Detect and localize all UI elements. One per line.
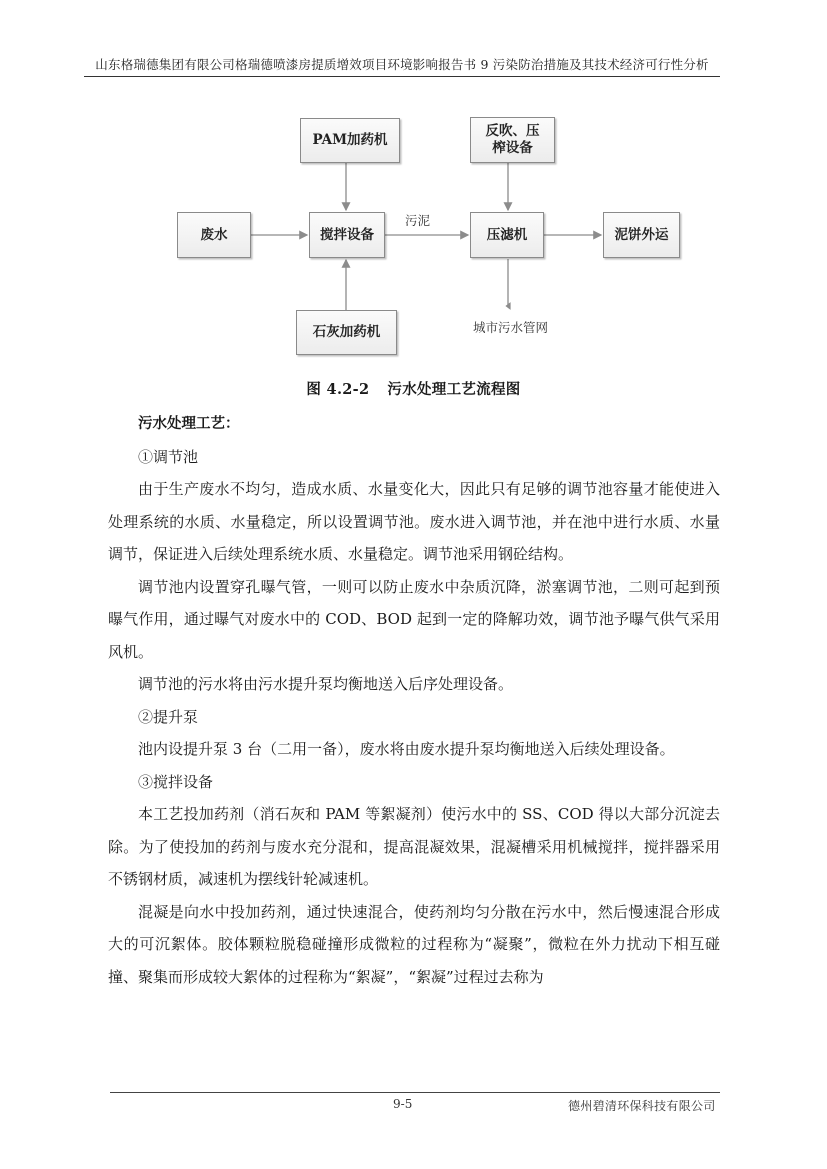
node-pam-dosing: PAM加药机 <box>300 118 400 163</box>
node-label: 泥饼外运 <box>615 227 669 244</box>
paragraph: 池内设提升泵 3 台（二用一备），废水将由废水提升泵均衡地送入后续处理设备。 <box>108 733 720 766</box>
node-wastewater: 废水 <box>177 212 251 258</box>
figure-caption: 图 4.2-2污水处理工艺流程图 <box>0 378 827 399</box>
node-lime-dosing: 石灰加药机 <box>296 310 397 355</box>
paragraph: 本工艺投加药剂（消石灰和 PAM 等絮凝剂）使污水中的 SS、COD 得以大部分… <box>108 798 720 896</box>
paragraph: 调节池内设置穿孔曝气管，一则可以防止废水中杂质沉降，淤塞调节池，二则可起到预曝气… <box>108 571 720 669</box>
subheading-lift-pump: ②提升泵 <box>108 701 720 734</box>
node-filter-press: 压滤机 <box>470 212 544 258</box>
node-label: 搅拌设备 <box>320 227 374 244</box>
paragraph: 由于生产废水不均匀，造成水质、水量变化大，因此只有足够的调节池容量才能使进入处理… <box>108 473 720 571</box>
paragraph: 混凝是向水中投加药剂，通过快速混合，使药剂均匀分散在污水中，然后慢速混合形成大的… <box>108 896 720 994</box>
node-label: PAM加药机 <box>312 132 387 149</box>
footer-organization: 德州碧清环保科技有限公司 <box>568 1097 716 1114</box>
section-title: 污水处理工艺： <box>108 408 720 441</box>
paragraph: 调节池的污水将由污水提升泵均衡地送入后序处理设备。 <box>108 668 720 701</box>
subheading-regulating-tank: ①调节池 <box>108 441 720 474</box>
body-text: 污水处理工艺： ①调节池 由于生产废水不均匀，造成水质、水量变化大，因此只有足够… <box>108 408 720 993</box>
node-label: 压滤机 <box>487 227 528 244</box>
footer-divider <box>110 1092 720 1093</box>
node-label: 废水 <box>201 227 228 244</box>
node-sludge-cake-transport: 泥饼外运 <box>603 212 680 258</box>
node-label: 反吹、压榨设备 <box>481 123 544 157</box>
flow-arrows <box>0 0 827 370</box>
edge-label-municipal-sewer: 城市污水管网 <box>473 318 548 336</box>
figure-number: 图 4.2-2 <box>306 381 369 398</box>
page-number: 9-5 <box>393 1097 412 1111</box>
node-backflush-press: 反吹、压榨设备 <box>470 117 555 163</box>
node-label: 石灰加药机 <box>313 324 381 341</box>
process-flow-diagram: PAM加药机 反吹、压榨设备 废水 搅拌设备 压滤机 泥饼外运 石灰加药机 污泥… <box>0 0 827 370</box>
node-mixing-equipment: 搅拌设备 <box>309 212 385 258</box>
edge-label-sludge: 污泥 <box>405 211 430 229</box>
figure-title: 污水处理工艺流程图 <box>387 381 520 398</box>
subheading-mixing-equipment: ③搅拌设备 <box>108 766 720 799</box>
